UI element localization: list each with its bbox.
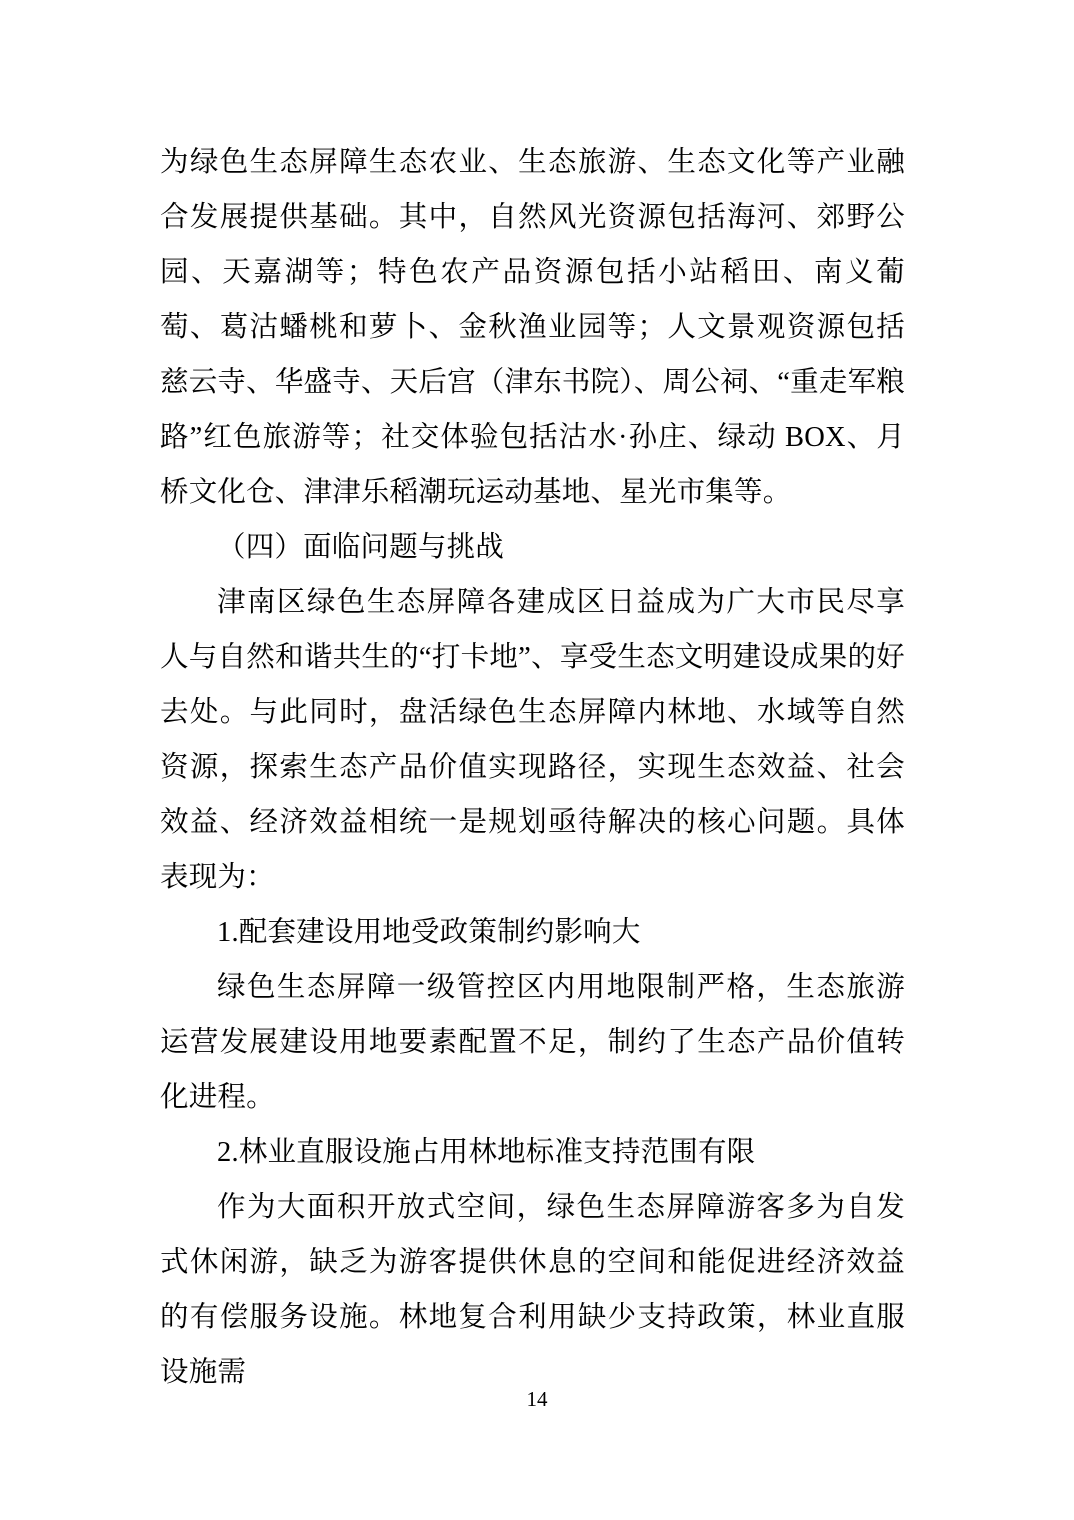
paragraph-land-policy-detail: 绿色生态屏障一级管控区内用地限制严格，生态旅游运营发展建设用地要素配置不足，制约… bbox=[160, 960, 905, 1125]
subsection-heading-forestry-facilities: 2.林业直服设施占用林地标准支持范围有限 bbox=[160, 1125, 905, 1180]
paragraph-core-problem: 津南区绿色生态屏障各建成区日益成为广大市民尽享人与自然和谐共生的“打卡地”、享受… bbox=[160, 575, 905, 905]
page-body-text: 为绿色生态屏障生态农业、生态旅游、生态文化等产业融合发展提供基础。其中，自然风光… bbox=[160, 135, 905, 1400]
page-number: 14 bbox=[0, 1385, 1074, 1413]
paragraph-forestry-facilities-detail: 作为大面积开放式空间，绿色生态屏障游客多为自发式休闲游，缺乏为游客提供休息的空间… bbox=[160, 1180, 905, 1400]
subsection-heading-land-policy: 1.配套建设用地受政策制约影响大 bbox=[160, 905, 905, 960]
document-page: 为绿色生态屏障生态农业、生态旅游、生态文化等产业融合发展提供基础。其中，自然风光… bbox=[0, 0, 1074, 1520]
section-heading-problems-challenges: （四）面临问题与挑战 bbox=[160, 520, 905, 575]
paragraph-industry-resources: 为绿色生态屏障生态农业、生态旅游、生态文化等产业融合发展提供基础。其中，自然风光… bbox=[160, 135, 905, 520]
